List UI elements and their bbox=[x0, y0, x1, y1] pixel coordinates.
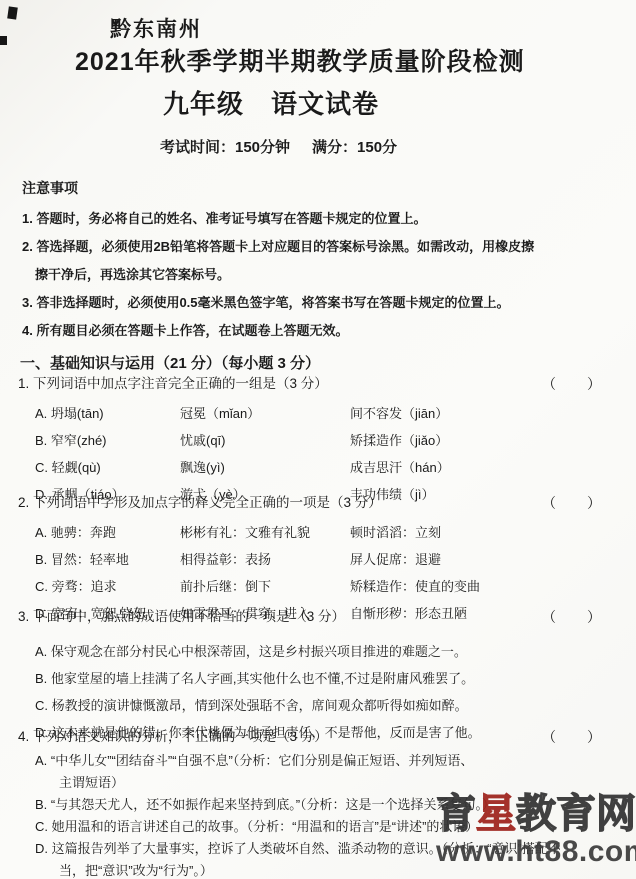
option-cell: 冠冕（mǐan） bbox=[180, 400, 350, 427]
option-line-continuation: 主谓短语） bbox=[35, 772, 626, 794]
notice-line: 1. 答题时，务必将自己的姓名、准考证号填写在答题卡规定的位置上。 bbox=[22, 205, 614, 233]
option-cell: C. 旁骛：追求 bbox=[35, 573, 180, 600]
notice-title: 注意事项 bbox=[22, 178, 614, 198]
notice-line-continuation: 擦干净后，再选涂其它答案标号。 bbox=[22, 261, 614, 289]
full-score-label: 满分：150分 bbox=[312, 136, 397, 157]
question-stem: 1. 下列词语中加点字注音完全正确的一组是（3 分） bbox=[18, 376, 328, 391]
exam-paper-page: 黔东南州 2021年秋季学期半期教学质量阶段检测 九年级 语文试卷 考试时间：1… bbox=[0, 0, 636, 879]
option-line: D. 这篇报告列举了大量事实，控诉了人类破坏自然、滥杀动物的意识。（分析：“意识… bbox=[35, 838, 626, 860]
option-line: A. 保守观念在部分村民心中根深蒂固，这是乡村振兴项目推进的难题之一。 bbox=[35, 638, 626, 665]
question-1-stem-row: 1. 下列词语中加点字注音完全正确的一组是（3 分） （ ） bbox=[18, 375, 626, 393]
notice-line: 3. 答非选择题时，必须使用0.5毫米黑色签字笔，将答案书写在答题卡规定的位置上… bbox=[22, 289, 614, 317]
question-4-stem-row: 4. 下列对语文知识的分析，不正确的一项是（3 分） （ ） bbox=[18, 728, 626, 746]
option-cell: 彬彬有礼：文雅有礼貌 bbox=[180, 519, 350, 546]
question-4: 4. 下列对语文知识的分析，不正确的一项是（3 分） （ ） A. “中华儿女”… bbox=[18, 728, 626, 879]
notice-line: 4. 所有题目必须在答题卡上作答，在试题卷上答题无效。 bbox=[22, 317, 614, 345]
exam-meta-row: 考试时间：150分钟 满分：150分 bbox=[160, 136, 397, 157]
option-cell: 飘逸(yì) bbox=[180, 454, 350, 481]
notice-line: 2. 答选择题，必须使用2B铅笔将答题卡上对应题目的答案标号涂黑。如需改动，用橡… bbox=[22, 233, 614, 261]
question-3-stem-row: 3. 下面句中，加点的成语使用不恰当的一项是 （3 分） （ ） bbox=[18, 608, 626, 626]
question-2-stem-row: 2. 下列词语中字形及加点字的释义完全正确的一项是（3 分） （ ） bbox=[18, 494, 626, 512]
scan-artifact bbox=[0, 36, 7, 45]
answer-bracket: （ ） bbox=[542, 728, 602, 746]
option-cell: B. 窄窄(zhé) bbox=[35, 427, 180, 454]
question-stem: 3. 下面句中，加点的成语使用不恰当的一项是 （3 分） bbox=[18, 609, 345, 624]
option-line: A. “中华儿女”“团结奋斗”“自强不息”（分析：它们分别是偏正短语、并列短语、 bbox=[35, 750, 626, 772]
answer-bracket: （ ） bbox=[542, 375, 602, 393]
option-cell: 矫揉造作（jiǎo） bbox=[350, 427, 626, 454]
option-cell: 顿时滔滔：立刻 bbox=[350, 519, 626, 546]
question-1: 1. 下列词语中加点字注音完全正确的一组是（3 分） （ ） A. 坍塌(tān… bbox=[18, 375, 626, 508]
option-cell: 成吉思汗（hán） bbox=[350, 454, 626, 481]
option-line: B. 他家堂屋的墙上挂满了名人字画,其实他什么也不懂,不过是附庸风雅罢了。 bbox=[35, 665, 626, 692]
option-cell: A. 坍塌(tān) bbox=[35, 400, 180, 427]
question-4-options: A. “中华儿女”“团结奋斗”“自强不息”（分析：它们分别是偏正短语、并列短语、… bbox=[35, 750, 626, 879]
exam-subtitle: 九年级 语文试卷 bbox=[163, 84, 379, 121]
question-1-options: A. 坍塌(tān) 冠冕（mǐan） 间不容发（jiān） B. 窄窄(zhé… bbox=[35, 400, 626, 508]
option-line: B. “与其怨天尤人，还不如振作起来坚持到底。”（分析：这是一个选择关系复句。） bbox=[35, 794, 626, 816]
option-cell: 忧戚(qī) bbox=[180, 427, 350, 454]
option-cell: B. 冒然：轻率地 bbox=[35, 546, 180, 573]
notice-section: 注意事项 1. 答题时，务必将自己的姓名、准考证号填写在答题卡规定的位置上。 2… bbox=[22, 178, 614, 345]
option-line: C. 她用温和的语言讲述自己的故事。（分析：“用温和的语言”是“讲述”的状语） bbox=[35, 816, 626, 838]
region-label: 黔东南州 bbox=[110, 13, 202, 43]
scan-artifact bbox=[7, 6, 18, 19]
option-cell: 矫糅造作：使直的变曲 bbox=[350, 573, 626, 600]
question-stem: 4. 下列对语文知识的分析，不正确的一项是（3 分） bbox=[18, 729, 328, 744]
question-stem: 2. 下列词语中字形及加点字的释义完全正确的一项是（3 分） bbox=[18, 495, 382, 510]
option-line: C. 杨教授的演讲慷慨激昂，情到深处强聒不舍，席间观众都听得如痴如醉。 bbox=[35, 692, 626, 719]
option-cell: 相得益彰：表扬 bbox=[180, 546, 350, 573]
option-cell: 前扑后继：倒下 bbox=[180, 573, 350, 600]
option-line-continuation: 当，把“意识”改为“行为”。） bbox=[35, 860, 626, 879]
option-cell: 间不容发（jiān） bbox=[350, 400, 626, 427]
section-heading: 一、基础知识与运用（21 分）（每小题 3 分） bbox=[20, 352, 320, 373]
exam-time-label: 考试时间：150分钟 bbox=[160, 136, 290, 157]
option-cell: A. 驰骋：奔跑 bbox=[35, 519, 180, 546]
question-3: 3. 下面句中，加点的成语使用不恰当的一项是 （3 分） （ ） A. 保守观念… bbox=[18, 608, 626, 746]
answer-bracket: （ ） bbox=[542, 608, 602, 626]
answer-bracket: （ ） bbox=[542, 494, 602, 512]
option-cell: C. 轻觑(qù) bbox=[35, 454, 180, 481]
option-cell: 屏人促席：退避 bbox=[350, 546, 626, 573]
exam-title: 2021年秋季学期半期教学质量阶段检测 bbox=[75, 42, 525, 78]
